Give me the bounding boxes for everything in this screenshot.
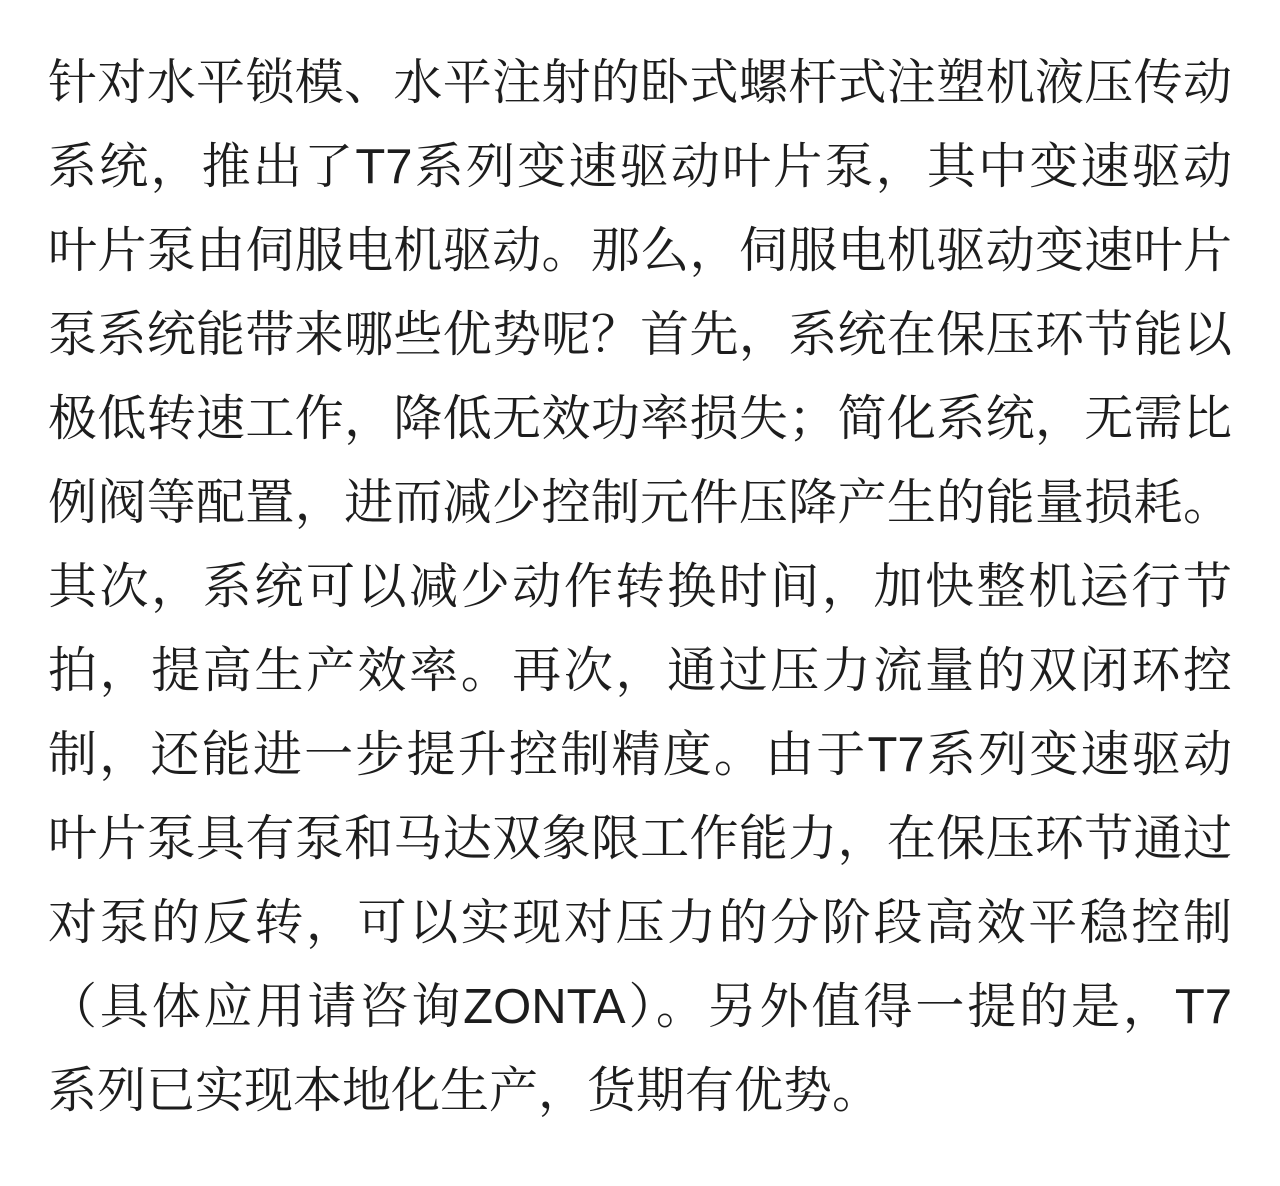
text-line: 对泵的反转，可以实现对压力的分阶段高效平稳控制 [48,881,1232,965]
text-line: 针对水平锁模、水平注射的卧式螺杆式注塑机液压传动 [48,41,1232,125]
text-line: 制，还能进一步提升控制精度。由于T7系列变速驱动 [48,713,1232,797]
text-line: 系列已实现本地化生产，货期有优势。 [48,1049,1232,1133]
text-line: 极低转速工作，降低无效功率损失；简化系统，无需比 [48,377,1232,461]
text-line: 泵系统能带来哪些优势呢？首先，系统在保压环节能以 [48,293,1232,377]
text-line: 例阀等配置，进而减少控制元件压降产生的能量损耗。 [48,461,1232,545]
text-line: （具体应用请咨询ZONTA）。另外值得一提的是，T7 [48,965,1232,1049]
text-line: 其次，系统可以减少动作转换时间，加快整机运行节 [48,545,1232,629]
text-line: 叶片泵具有泵和马达双象限工作能力，在保压环节通过 [48,797,1232,881]
article-body: 针对水平锁模、水平注射的卧式螺杆式注塑机液压传动系统，推出了T7系列变速驱动叶片… [0,0,1280,1133]
text-line: 系统，推出了T7系列变速驱动叶片泵，其中变速驱动 [48,125,1232,209]
text-line: 叶片泵由伺服电机驱动。那么，伺服电机驱动变速叶片 [48,209,1232,293]
text-line: 拍，提高生产效率。再次，通过压力流量的双闭环控 [48,629,1232,713]
